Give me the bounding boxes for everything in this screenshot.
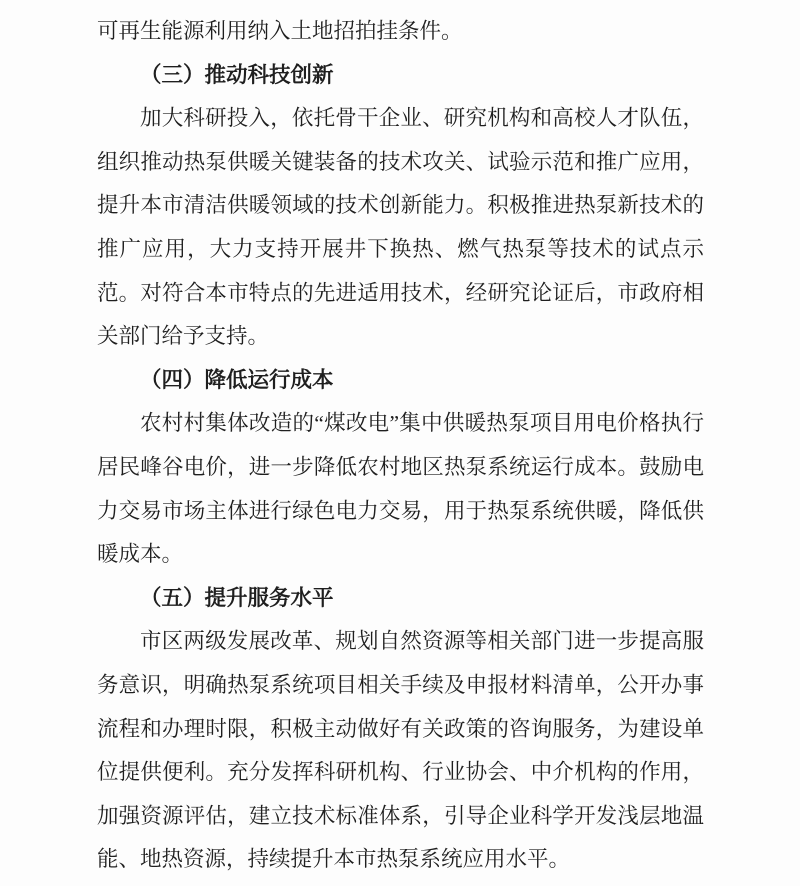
section-heading-5: （五）提升服务水平 (97, 577, 704, 621)
section-5-body-paragraph: 市区两级发展改革、规划自然资源等相关部门进一步提高服务意识，明确热泵系统项目相关… (97, 620, 704, 882)
section-3-body-paragraph: 加大科研投入，依托骨干企业、研究机构和高校人才队伍，组织推动热泵供暖关键装备的技… (97, 97, 704, 359)
section-heading-4: （四）降低运行成本 (97, 359, 704, 403)
section-heading-3: （三）推动科技创新 (97, 54, 704, 98)
document-page: 可再生能源利用纳入土地招拍挂条件。 （三）推动科技创新 加大科研投入，依托骨干企… (0, 0, 800, 886)
paragraph-continuation: 可再生能源利用纳入土地招拍挂条件。 (97, 10, 704, 54)
section-4-body-paragraph: 农村村集体改造的“煤改电”集中供暖热泵项目用电价格执行居民峰谷电价，进一步降低农… (97, 402, 704, 576)
